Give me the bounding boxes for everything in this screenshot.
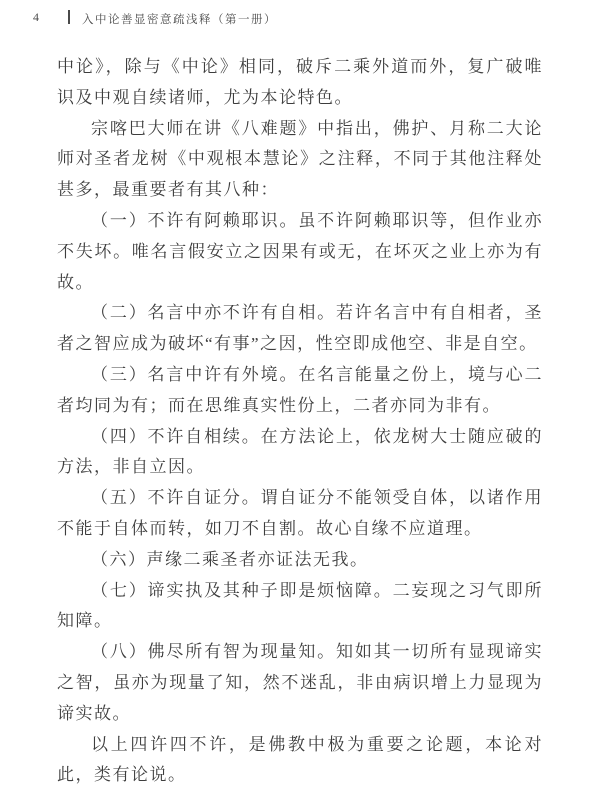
header-divider — [68, 10, 70, 24]
paragraph-point-7: （七）谛实执及其种子即是烦恼障。二妄现之习气即所知障。 — [57, 576, 543, 638]
paragraph-point-5: （五）不许自证分。谓自证分不能领受自体，以诸作用不能于自体而转，如刀不自割。故心… — [57, 483, 543, 545]
paragraph-point-6: （六）声缘二乘圣者亦证法无我。 — [57, 545, 543, 576]
paragraph-point-1: （一）不许有阿赖耶识。虽不许阿赖耶识等，但作业亦不失坏。唯名言假安立之因果有或无… — [57, 206, 543, 298]
paragraph-intro: 宗喀巴大师在讲《八难题》中指出，佛护、月称二大论师对圣者龙树《中观根本慧论》之注… — [57, 114, 543, 206]
paragraph-point-3: （三）名言中许有外境。在名言能量之份上，境与心二者均同为有；而在思维真实性份上，… — [57, 360, 543, 422]
paragraph-point-8: （八）佛尽所有智为现量知。知如其一切所有显现谛实之智，虽亦为现量了知，然不迷乱，… — [57, 637, 543, 729]
book-page: 4 入中论善显密意疏浅释（第一册） 中论》，除与《中论》相同，破斥二乘外道而外，… — [0, 0, 600, 800]
paragraph-point-4: （四）不许自相续。在方法论上，依龙树大士随应破的方法，非自立因。 — [57, 422, 543, 484]
header-title: 入中论善显密意疏浅释（第一册） — [82, 11, 277, 27]
paragraph-point-2: （二）名言中亦不许有自相。若许名言中有自相者，圣者之智应成为破坏“有事”之因，性… — [57, 298, 543, 360]
paragraph-continuation: 中论》，除与《中论》相同，破斥二乘外道而外，复广破唯识及中观自续诸师，尤为本论特… — [57, 52, 543, 114]
page-number: 4 — [33, 10, 39, 25]
paragraph-conclusion: 以上四许四不许，是佛教中极为重要之论题，本论对此，类有论说。 — [57, 730, 543, 792]
page-header: 4 入中论善显密意疏浅释（第一册） — [0, 8, 600, 26]
body-text: 中论》，除与《中论》相同，破斥二乘外道而外，复广破唯识及中观自续诸师，尤为本论特… — [57, 52, 543, 791]
